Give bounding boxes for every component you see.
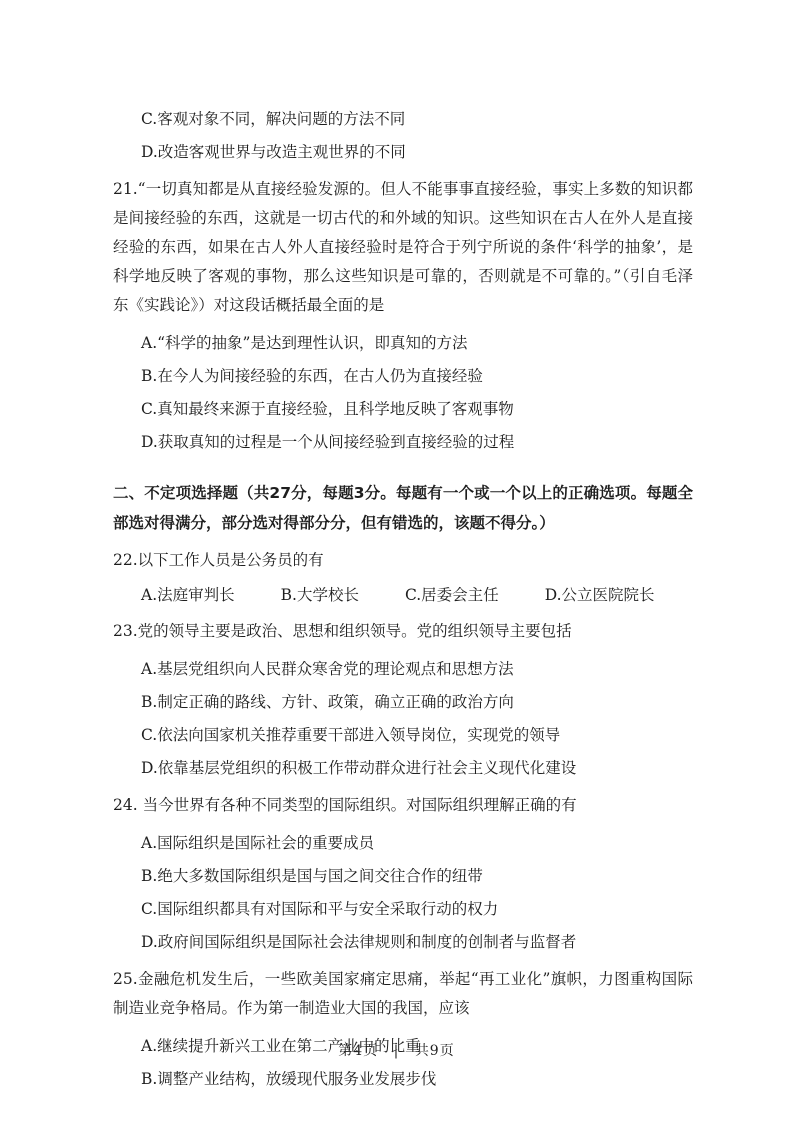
- page-footer: 第4页 | 共9页: [0, 1040, 793, 1060]
- question22-option-a: A.法庭审判长: [141, 585, 235, 605]
- question23-option-d: D.依靠基层党组织的积极工作带动群众进行社会主义现代化建设: [113, 758, 693, 778]
- question24-option-b: B.绝大多数国际组织是国与国之间交往合作的纽带: [113, 866, 693, 886]
- question22-option-b: B.大学校长: [281, 585, 359, 605]
- question22-stem: 22.以下工作人员是公务员的有: [113, 546, 693, 575]
- question20-option-d: D.改造客观世界与改造主观世界的不同: [113, 142, 693, 162]
- question24-option-a: A.国际组织是国际社会的重要成员: [113, 833, 693, 853]
- question21-stem: 21.“一切真知都是从直接经验发源的。但人不能事事直接经验，事实上多数的知识都是…: [113, 175, 693, 320]
- question21-option-c: C.真知最终来源于直接经验，且科学地反映了客观事物: [113, 399, 693, 419]
- exam-paper-page: C.客观对象不同，解决问题的方法不同 D.改造客观世界与改造主观世界的不同 21…: [0, 0, 793, 1122]
- question21-option-d: D.获取真知的过程是一个从间接经验到直接经验的过程: [113, 432, 693, 452]
- footer-total-pages: 共9页: [415, 1043, 455, 1059]
- question23-option-a: A.基层党组织向人民群众寒舍党的理论观点和思想方法: [113, 659, 693, 679]
- question21-option-a: A.“科学的抽象”是达到理性认识，即真知的方法: [113, 333, 693, 353]
- question22-option-d: D.公立医院院长: [545, 585, 655, 605]
- question24-option-c: C.国际组织都具有对国际和平与安全采取行动的权力: [113, 899, 693, 919]
- question25-option-b: B.调整产业结构，放缓现代服务业发展步伐: [113, 1069, 693, 1089]
- question22-option-c: C.居委会主任: [405, 585, 499, 605]
- question21-option-b: B.在今人为间接经验的东西，在古人仍为直接经验: [113, 366, 693, 386]
- section2-heading: 二、不定项选择题（共27分，每题3分。每题有一个或一个以上的正确选项。每题全部选…: [113, 478, 693, 538]
- footer-separator: |: [394, 1043, 400, 1059]
- question23-stem: 23.党的领导主要是政治、思想和组织领导。党的组织领导主要包括: [113, 617, 693, 646]
- question23-option-c: C.依法向国家机关推荐重要干部进入领导岗位，实现党的领导: [113, 725, 693, 745]
- question24-stem: 24. 当今世界有各种不同类型的国际组织。对国际组织理解正确的有: [113, 791, 693, 820]
- question22-options-row: A.法庭审判长 B.大学校长 C.居委会主任 D.公立医院院长: [113, 585, 693, 605]
- footer-current-page: 第4页: [338, 1043, 378, 1059]
- question20-option-c: C.客观对象不同，解决问题的方法不同: [113, 109, 693, 129]
- page-content: C.客观对象不同，解决问题的方法不同 D.改造客观世界与改造主观世界的不同 21…: [113, 96, 693, 1102]
- question25-stem: 25.金融危机发生后，一些欧美国家痛定思痛，举起“再工业化”旗帜，力图重构国际制…: [113, 965, 693, 1023]
- question24-option-d: D.政府间国际组织是国际社会法律规则和制度的创制者与监督者: [113, 932, 693, 952]
- question23-option-b: B.制定正确的路线、方针、政策，确立正确的政治方向: [113, 692, 693, 712]
